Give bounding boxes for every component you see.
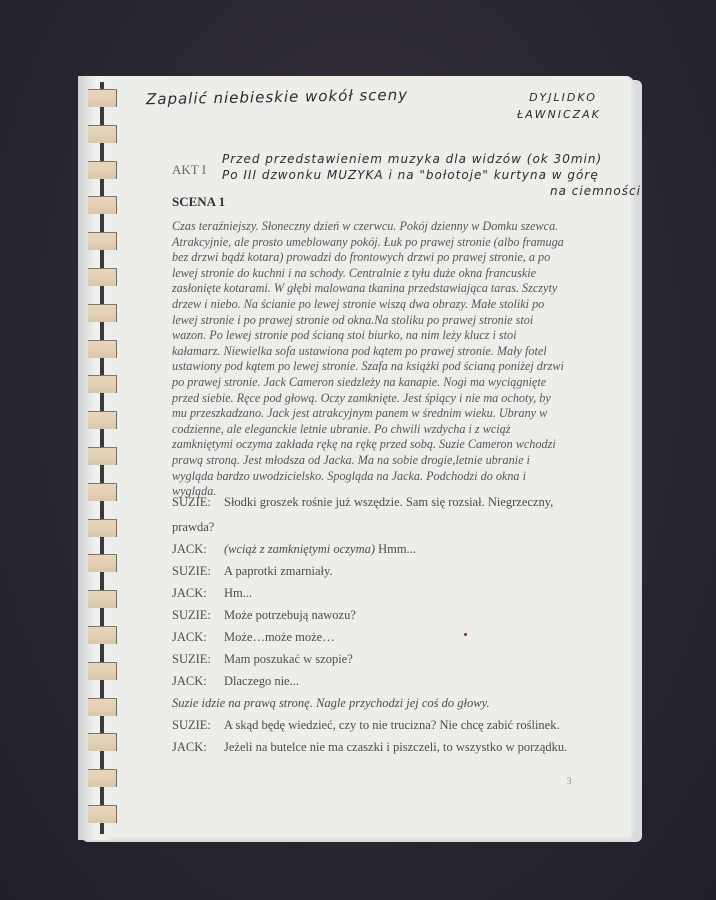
stage-description-line: drzew i niebo. Na ścianie po lewej stron… bbox=[172, 297, 582, 313]
spiral-ring bbox=[88, 734, 117, 751]
spiral-ring bbox=[88, 412, 117, 429]
spiral-ring bbox=[88, 197, 117, 214]
spiral-ring bbox=[88, 305, 117, 322]
spiral-ring bbox=[88, 90, 117, 107]
dialogue-text: Hmm... bbox=[375, 542, 416, 556]
handwritten-author-line-2: ŁAWNICZAK bbox=[512, 108, 606, 121]
scene-title: SCENA 1 bbox=[172, 194, 225, 210]
stage-direction: Suzie idzie na prawą stronę. Nagle przyc… bbox=[172, 696, 490, 711]
spiral-ring bbox=[88, 627, 117, 644]
stage-description-line: ustawiony pod kątem po lewej stronie. Sz… bbox=[172, 359, 582, 375]
stage-description-line: po prawej stronie. Jack Cameron siedzleż… bbox=[172, 375, 582, 391]
spiral-ring bbox=[88, 520, 117, 537]
spiral-ring bbox=[88, 663, 117, 680]
dialogue-line: JACK:Jeżeli na butelce nie ma czaszki i … bbox=[172, 740, 567, 755]
dialogue-line: SUZIE:Może potrzebują nawozu? bbox=[172, 608, 356, 623]
spiral-ring bbox=[88, 162, 117, 179]
dialogue-text: Może…może może… bbox=[224, 630, 335, 644]
ink-speck bbox=[464, 633, 467, 636]
speaker-name: JACK: bbox=[172, 542, 224, 557]
dialogue-line: JACK:Hm... bbox=[172, 586, 252, 601]
stage-description-line: Atrakcyjnie, ale prosto umeblowany pokój… bbox=[172, 235, 582, 251]
spiral-ring bbox=[88, 233, 117, 250]
dialogue-text: A skąd będę wiedzieć, czy to nie trucizn… bbox=[224, 718, 560, 732]
parenthetical-direction: (wciąż z zamkniętymi oczyma) bbox=[224, 542, 375, 556]
spiral-ring bbox=[88, 591, 117, 608]
spiral-ring bbox=[88, 269, 117, 286]
stage-description-line: kałamarz. Niewielka sofa ustawiona pod k… bbox=[172, 344, 582, 360]
speaker-name: SUZIE: bbox=[172, 652, 224, 667]
dialogue-line: JACK:Może…może może… bbox=[172, 630, 335, 645]
dialogue-text: Dlaczego nie... bbox=[224, 674, 299, 688]
speaker-name: JACK: bbox=[172, 630, 224, 645]
spiral-ring bbox=[88, 806, 117, 823]
dialogue-text: Mam poszukać w szopie? bbox=[224, 652, 353, 666]
stage-description-line: codzienne, ale eleganckie letnie ubranie… bbox=[172, 422, 582, 438]
stage-direction-text: Suzie idzie na prawą stronę. Nagle przyc… bbox=[172, 696, 490, 710]
dialogue-text: Może potrzebują nawozu? bbox=[224, 608, 356, 622]
handwritten-author-line-1: DYJLIDKO bbox=[520, 91, 606, 104]
dialogue-line: SUZIE:A skąd będę wiedzieć, czy to nie t… bbox=[172, 718, 560, 733]
dialogue-line: JACK:Dlaczego nie... bbox=[172, 674, 299, 689]
speaker-name: SUZIE: bbox=[172, 564, 224, 579]
dialogue-line: prawda? bbox=[172, 520, 214, 535]
dialogue-line: SUZIE:Mam poszukać w szopie? bbox=[172, 652, 353, 667]
handwritten-act-note-3: na ciemności bbox=[550, 184, 641, 198]
stage-description-line: prawą stroną. Jest młodsza od Jacka. Ma … bbox=[172, 453, 582, 469]
speaker-name: SUZIE: bbox=[172, 608, 224, 623]
dialogue-text: Jeżeli na butelce nie ma czaszki i piszc… bbox=[224, 740, 567, 754]
spiral-ring bbox=[88, 555, 117, 572]
stage-description-line: Czas teraźniejszy. Słoneczny dzień w cze… bbox=[172, 219, 582, 235]
speaker-name: SUZIE: bbox=[172, 718, 224, 733]
speaker-name: JACK: bbox=[172, 740, 224, 755]
stage-description-line: bez drzwi bądź kotara) prowadzi do front… bbox=[172, 250, 582, 266]
handwritten-act-note-1: Przed przedstawieniem muzyka dla widzów … bbox=[222, 152, 602, 166]
dialogue-text: prawda? bbox=[172, 520, 214, 534]
speaker-name: SUZIE: bbox=[172, 495, 224, 510]
dialogue-line: SUZIE:Słodki groszek rośnie już wszędzie… bbox=[172, 495, 553, 510]
stage-description-line: wazon. Po lewej stronie pod ścianą stoi … bbox=[172, 328, 582, 344]
dialogue-text: Słodki groszek rośnie już wszędzie. Sam … bbox=[224, 495, 553, 509]
stage-description-line: lewej stronie do kuchni i na schody. Cen… bbox=[172, 266, 582, 282]
dialogue-line: JACK:(wciąż z zamkniętymi oczyma) Hmm... bbox=[172, 542, 416, 557]
stage-description-line: zasłonięte kotarami. W głębi malowana tk… bbox=[172, 281, 582, 297]
spiral-ring bbox=[88, 376, 117, 393]
spiral-ring bbox=[88, 341, 117, 358]
dialogue-text: Hm... bbox=[224, 586, 252, 600]
stage-description-line: lewej stronie i po prawej stronie od okn… bbox=[172, 313, 582, 329]
act-label: AKT I bbox=[172, 162, 206, 178]
speaker-name: JACK: bbox=[172, 586, 224, 601]
stage-description-line: wygląda bardzo uwodzicielsko. Spogląda n… bbox=[172, 469, 582, 485]
handwritten-act-note-2: Po III dzwonku MUZYKA i na "bołotoje" ku… bbox=[222, 168, 599, 182]
page-number: 3 bbox=[567, 776, 572, 786]
dialogue-line: SUZIE:A paprotki zmarniały. bbox=[172, 564, 333, 579]
stage-description-line: zamkniętymi oczyma zakłada rękę na rękę … bbox=[172, 437, 582, 453]
stage-description-line: przed siebie. Ręce pod głową. Oczy zamkn… bbox=[172, 391, 582, 407]
spiral-ring bbox=[88, 770, 117, 787]
speaker-name: JACK: bbox=[172, 674, 224, 689]
spiral-ring bbox=[88, 484, 117, 501]
spiral-ring bbox=[88, 448, 117, 465]
spiral-ring bbox=[88, 699, 117, 716]
dialogue-text: A paprotki zmarniały. bbox=[224, 564, 333, 578]
stage-description-line: mu przeszkadzano. Jack jest atrakcyjnym … bbox=[172, 406, 582, 422]
stage-description: Czas teraźniejszy. Słoneczny dzień w cze… bbox=[172, 219, 582, 500]
spiral-ring bbox=[88, 126, 117, 143]
